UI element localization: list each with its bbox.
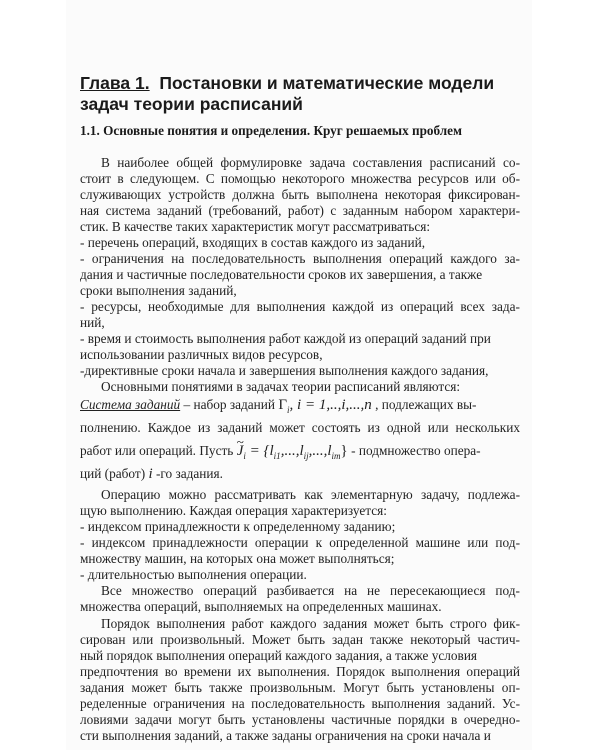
list-item: - перечень операций, входящих в состав к… [80, 235, 520, 251]
chapter-title-line2: задач теории расписаний [80, 94, 303, 114]
text-line: ловиями задачи могут быть установлены ча… [80, 712, 520, 728]
list-item: - индексом принадлежности операции к опр… [80, 535, 520, 551]
text-line: множеству машин, на которых она может вы… [80, 551, 520, 567]
text-line: сирован или произвольный. Может быть зад… [80, 632, 520, 648]
text-line: полнению. Каждое из заданий может состоя… [80, 420, 520, 436]
text-line: стоит в следующем. С помощью некоторого … [80, 171, 520, 187]
text-line: Основными понятиями в задачах теории рас… [80, 379, 520, 395]
definition-line: Система заданий – набор заданий Γi, i = … [80, 397, 520, 415]
text-line: сти выполнения заданий, а также заданы о… [80, 728, 520, 744]
text-line: служивающих устройств должна быть выполн… [80, 187, 520, 203]
text-line: Все множество операций разбивается на не… [80, 583, 520, 599]
list-item: - ограничения на последовательность выпо… [80, 251, 520, 267]
text-line: Операцию можно рассматривать как элемент… [80, 487, 520, 503]
text-line: предпочтения во времени их выполнения. П… [80, 664, 520, 680]
definition-line: работ или операций. Пусть Ji = {li1,...,… [80, 443, 520, 461]
list-item: - длительностью выполнения операции. [80, 567, 520, 583]
text-line: ный порядок выполнения операций каждого … [80, 648, 520, 664]
list-item: - ресурсы, необходимые для выполнения ка… [80, 299, 520, 315]
list-item: -директивные сроки начала и завершения в… [80, 363, 520, 379]
text-span: ций (работ) [80, 466, 148, 481]
list-item: - индексом принадлежности к определенном… [80, 519, 520, 535]
text-line: Порядок выполнения работ каждого задания… [80, 616, 520, 632]
text-line: ределенные ограничения на последовательн… [80, 696, 520, 712]
chapter-title: Глава 1. Постановки и математические мод… [80, 73, 530, 115]
formula-gamma: Γi, i = 1,..,i,...,n [278, 397, 371, 413]
formula-set-J: Ji = {li1,...,lij,...,lim} [237, 443, 348, 459]
text-span: работ или операций. Пусть [80, 443, 237, 458]
section-title: 1.1. Основные понятия и определения. Кру… [80, 123, 530, 139]
text-line: ний, [80, 315, 520, 331]
text-span: -го задания. [153, 466, 223, 481]
chapter-title-line1: Постановки и математические модели [159, 73, 494, 93]
definition-term: Система заданий [80, 397, 180, 412]
list-item: - время и стоимость выполнения работ каж… [80, 331, 520, 347]
text-span: - подмножество опера- [348, 443, 481, 458]
text-span: , подлежащих вы- [372, 397, 477, 412]
definition-line: ций (работ) i -го задания. [80, 466, 520, 483]
text-line: задания может быть также произвольным. М… [80, 680, 520, 696]
chapter-number: Глава 1. [80, 73, 150, 93]
text-span: – набор заданий [180, 397, 278, 412]
text-line: стик. В качестве таких характеристик мог… [80, 219, 520, 235]
text-line: сроки выполнения заданий, [80, 283, 520, 299]
text-line: использовании различных видов ресурсов, [80, 347, 520, 363]
text-line: множества операций, выполняемых на опред… [80, 599, 520, 615]
text-line: щую выполнению. Каждая операция характер… [80, 503, 520, 519]
text-line: дания и частичные последовательности сро… [80, 267, 520, 283]
text-line: В наиболее общей формулировке задача сос… [80, 155, 520, 171]
text-line: ная система заданий (требований, работ) … [80, 203, 520, 219]
